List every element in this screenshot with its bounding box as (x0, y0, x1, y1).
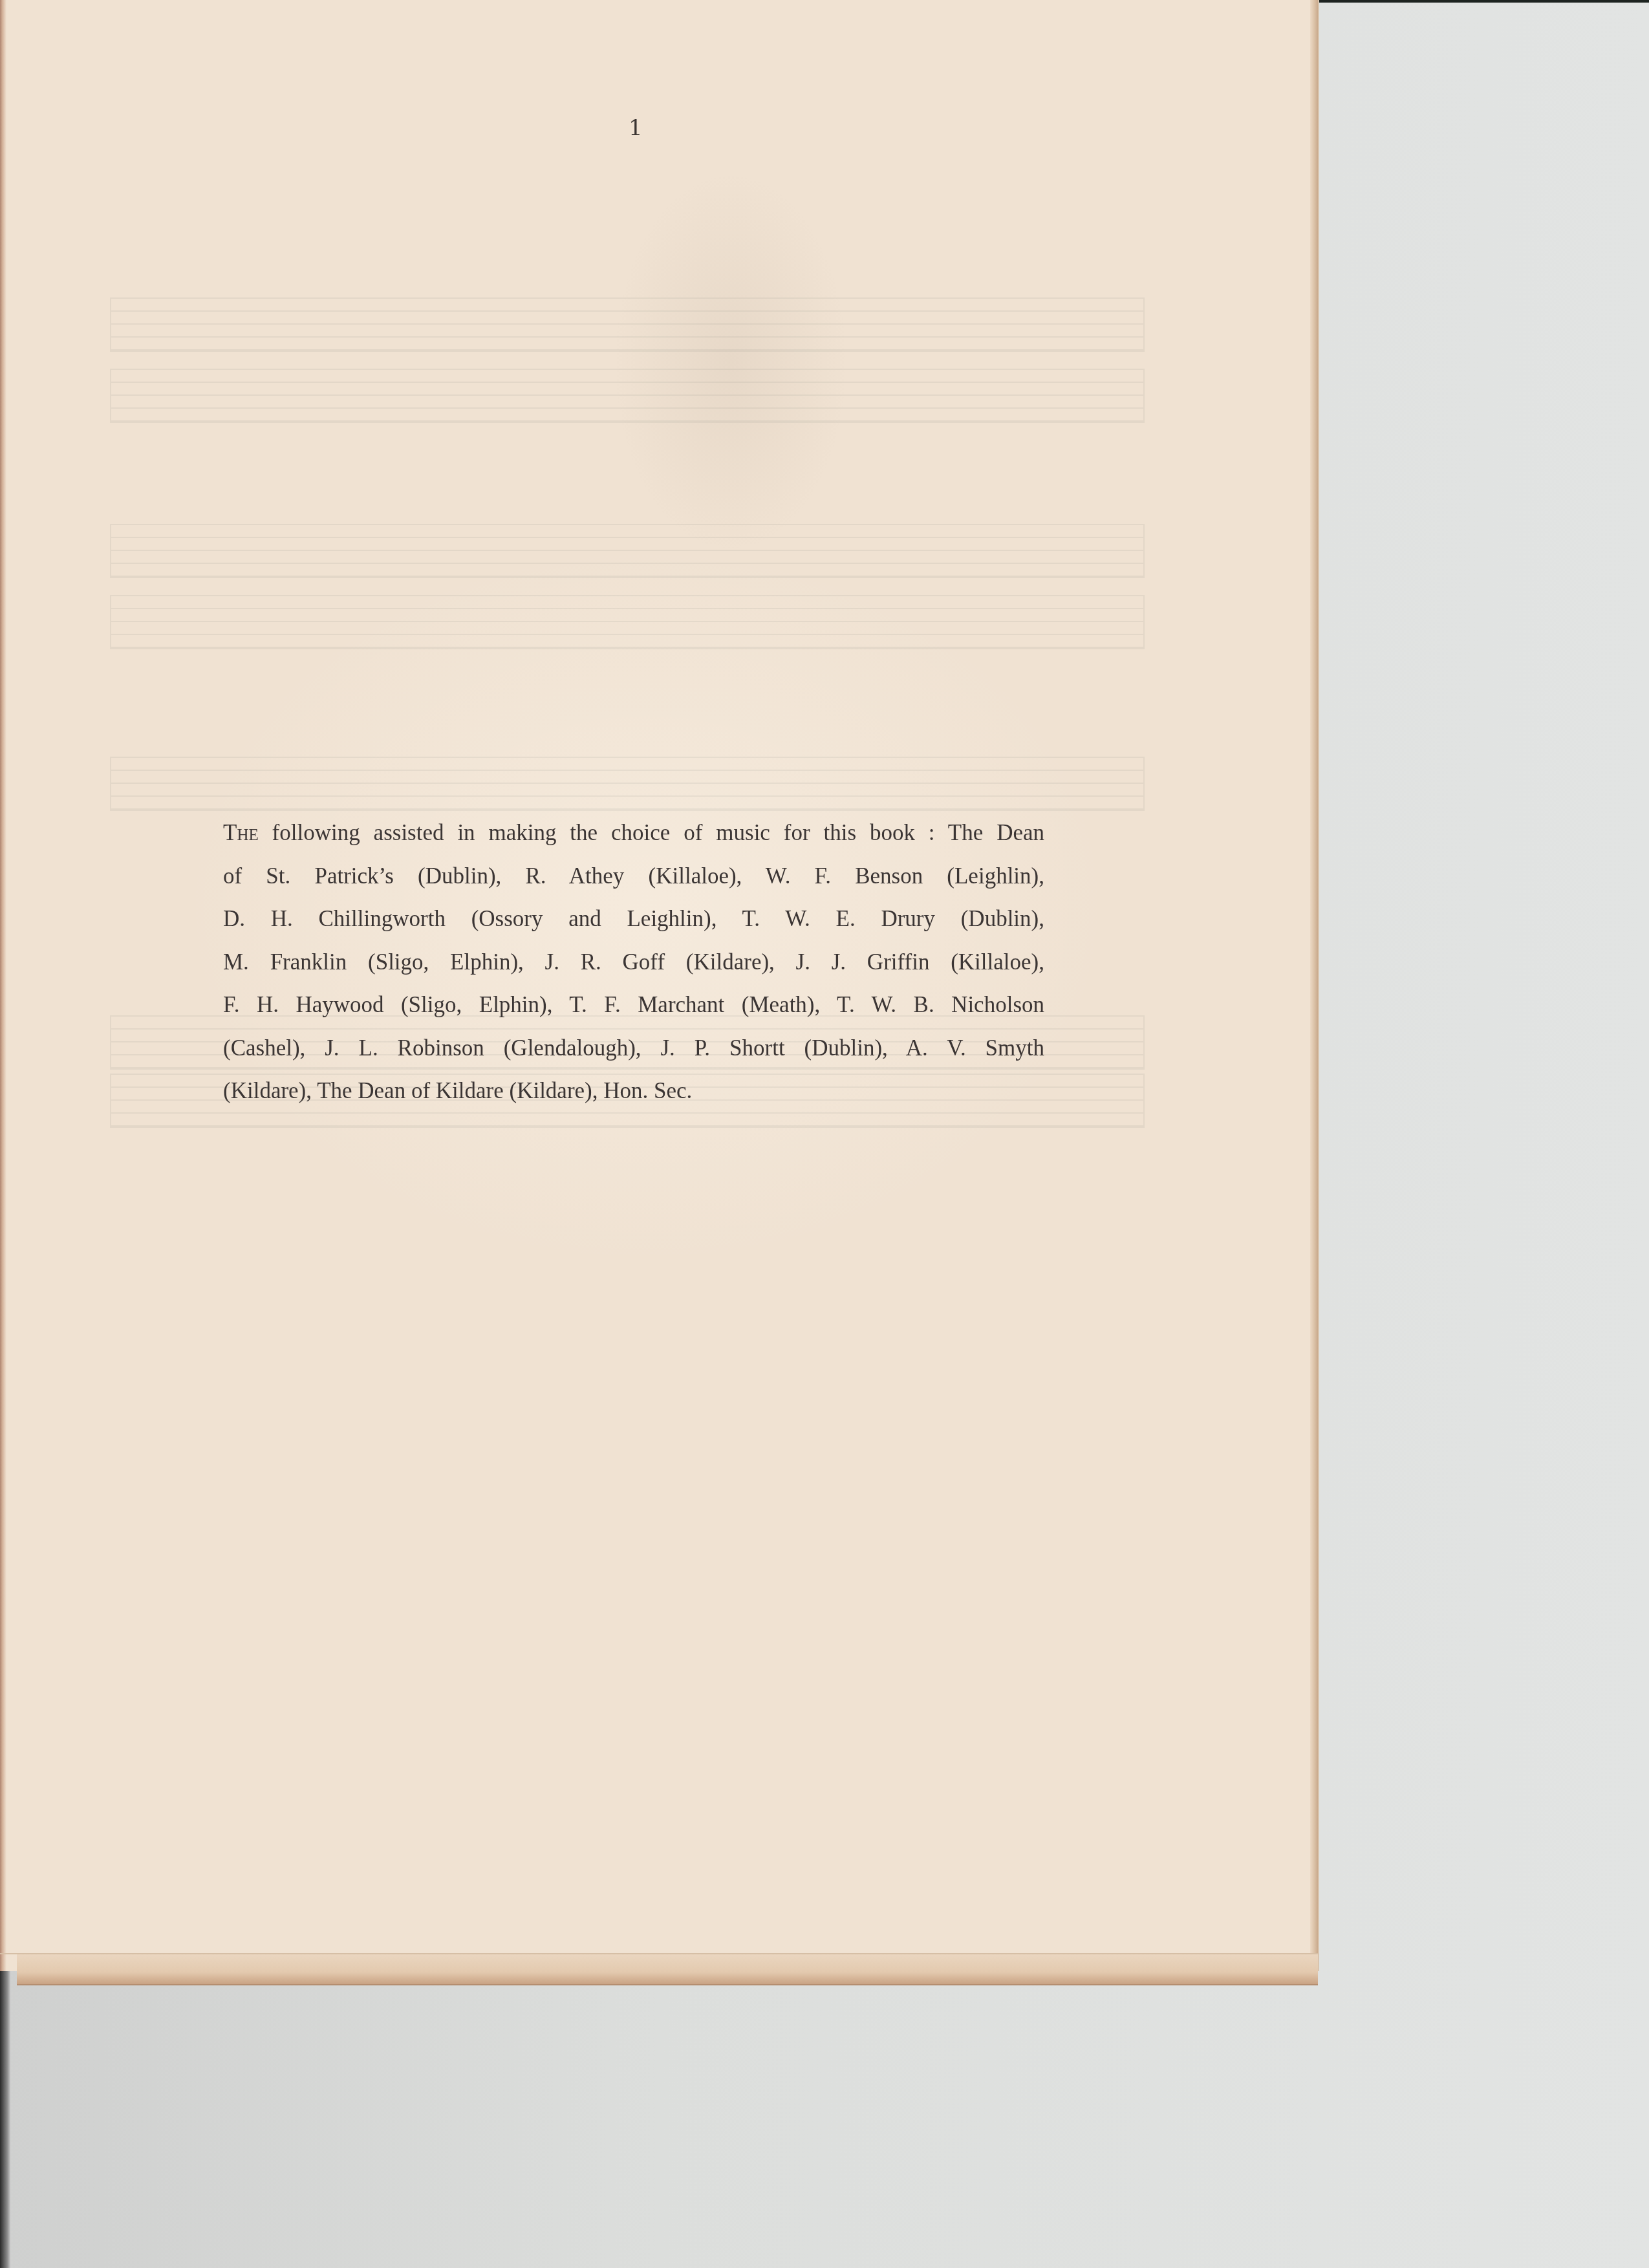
paragraph-line: The following assisted in making the cho… (223, 812, 1044, 855)
page-number: 1 (629, 115, 643, 141)
acknowledgements-paragraph: The following assisted in making the cho… (223, 812, 1044, 1113)
paragraph-line: of St. Patrick’s (Dublin), R. Athey (Kil… (223, 855, 1044, 898)
scanner-lid-edge (1318, 0, 1649, 3)
scanner-left-edge (0, 1954, 10, 2268)
page-left-edge (0, 0, 6, 1971)
paragraph-line: M. Franklin (Sligo, Elphin), J. R. Goff … (223, 941, 1044, 984)
page-right-edge (1310, 0, 1318, 1971)
paragraph-line: D. H. Chillingworth (Ossory and Leighlin… (223, 898, 1044, 941)
lead-word: The (223, 820, 259, 845)
paragraph-line: F. H. Haywood (Sligo, Elphin), T. F. Mar… (223, 984, 1044, 1027)
paragraph-line: (Cashel), J. L. Robinson (Glendalough), … (223, 1027, 1044, 1070)
document-page: 1 The following assisted in making the c… (0, 0, 1318, 1971)
paragraph-line: (Kildare), The Dean of Kildare (Kildare)… (223, 1070, 1044, 1113)
page-bottom-fold (17, 1954, 1318, 1985)
